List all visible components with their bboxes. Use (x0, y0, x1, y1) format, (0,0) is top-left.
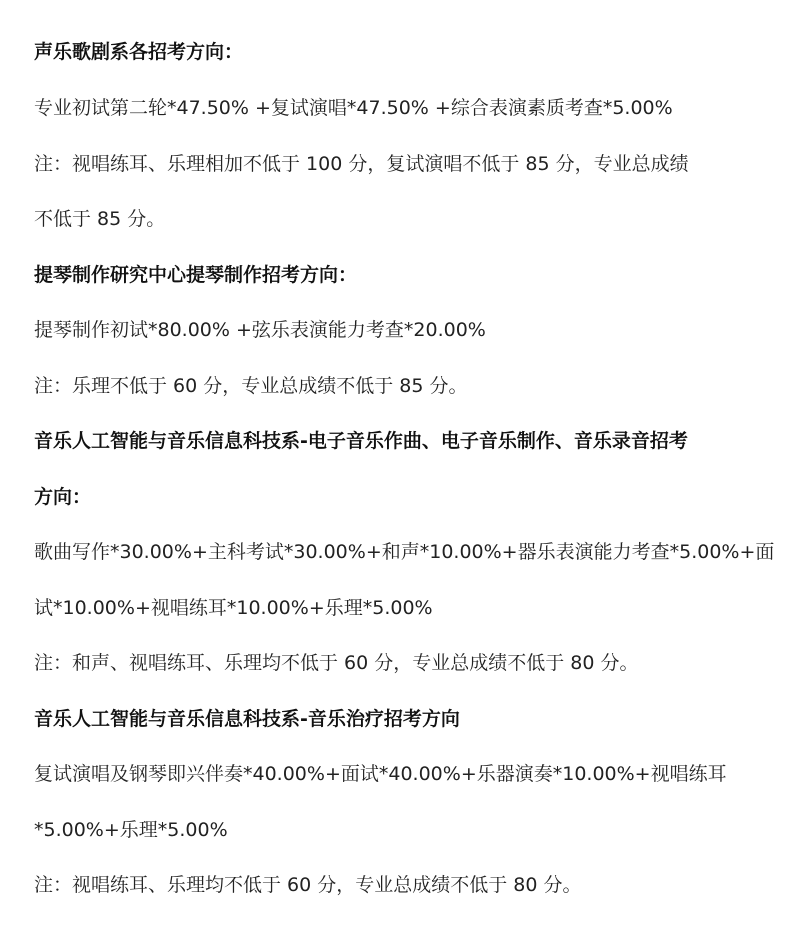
section-note-music-therapy: 注：视唱练耳、乐理均不低于 60 分，专业总成绩不低于 80 分。 (34, 873, 582, 897)
section-formula-violin-making: 提琴制作初试*80.00% +弦乐表演能力考查*20.00% (34, 318, 486, 342)
section-note-vocal-opera-line1: 注：视唱练耳、乐理相加不低于 100 分，复试演唱不低于 85 分，专业总成绩 (34, 152, 689, 176)
section-note-violin-making: 注：乐理不低于 60 分，专业总成绩不低于 85 分。 (34, 374, 468, 398)
section-formula-vocal-opera: 专业初试第二轮*47.50% +复试演唱*47.50% +综合表演素质考查*5.… (34, 96, 673, 120)
section-formula-electronic-music-line2: 试*10.00%+视唱练耳*10.00%+乐理*5.00% (34, 596, 433, 620)
section-formula-electronic-music-line1: 歌曲写作*30.00%+主科考试*30.00%+和声*10.00%+器乐表演能力… (34, 540, 774, 564)
section-heading-electronic-music-line2: 方向： (34, 485, 91, 509)
section-heading-music-therapy: 音乐人工智能与音乐信息科技系-音乐治疗招考方向 (34, 707, 460, 731)
section-heading-electronic-music-line1: 音乐人工智能与音乐信息科技系-电子音乐作曲、电子音乐制作、音乐录音招考 (34, 429, 688, 453)
section-note-vocal-opera-line2: 不低于 85 分。 (34, 207, 165, 231)
section-heading-violin-making: 提琴制作研究中心提琴制作招考方向： (34, 263, 357, 287)
document-page: 声乐歌剧系各招考方向： 专业初试第二轮*47.50% +复试演唱*47.50% … (0, 0, 808, 928)
section-formula-music-therapy-line2: *5.00%+乐理*5.00% (34, 818, 228, 842)
section-formula-music-therapy-line1: 复试演唱及钢琴即兴伴奏*40.00%+面试*40.00%+乐器演奏*10.00%… (34, 762, 727, 786)
section-heading-vocal-opera: 声乐歌剧系各招考方向： (34, 40, 243, 64)
section-note-electronic-music: 注：和声、视唱练耳、乐理均不低于 60 分，专业总成绩不低于 80 分。 (34, 651, 639, 675)
